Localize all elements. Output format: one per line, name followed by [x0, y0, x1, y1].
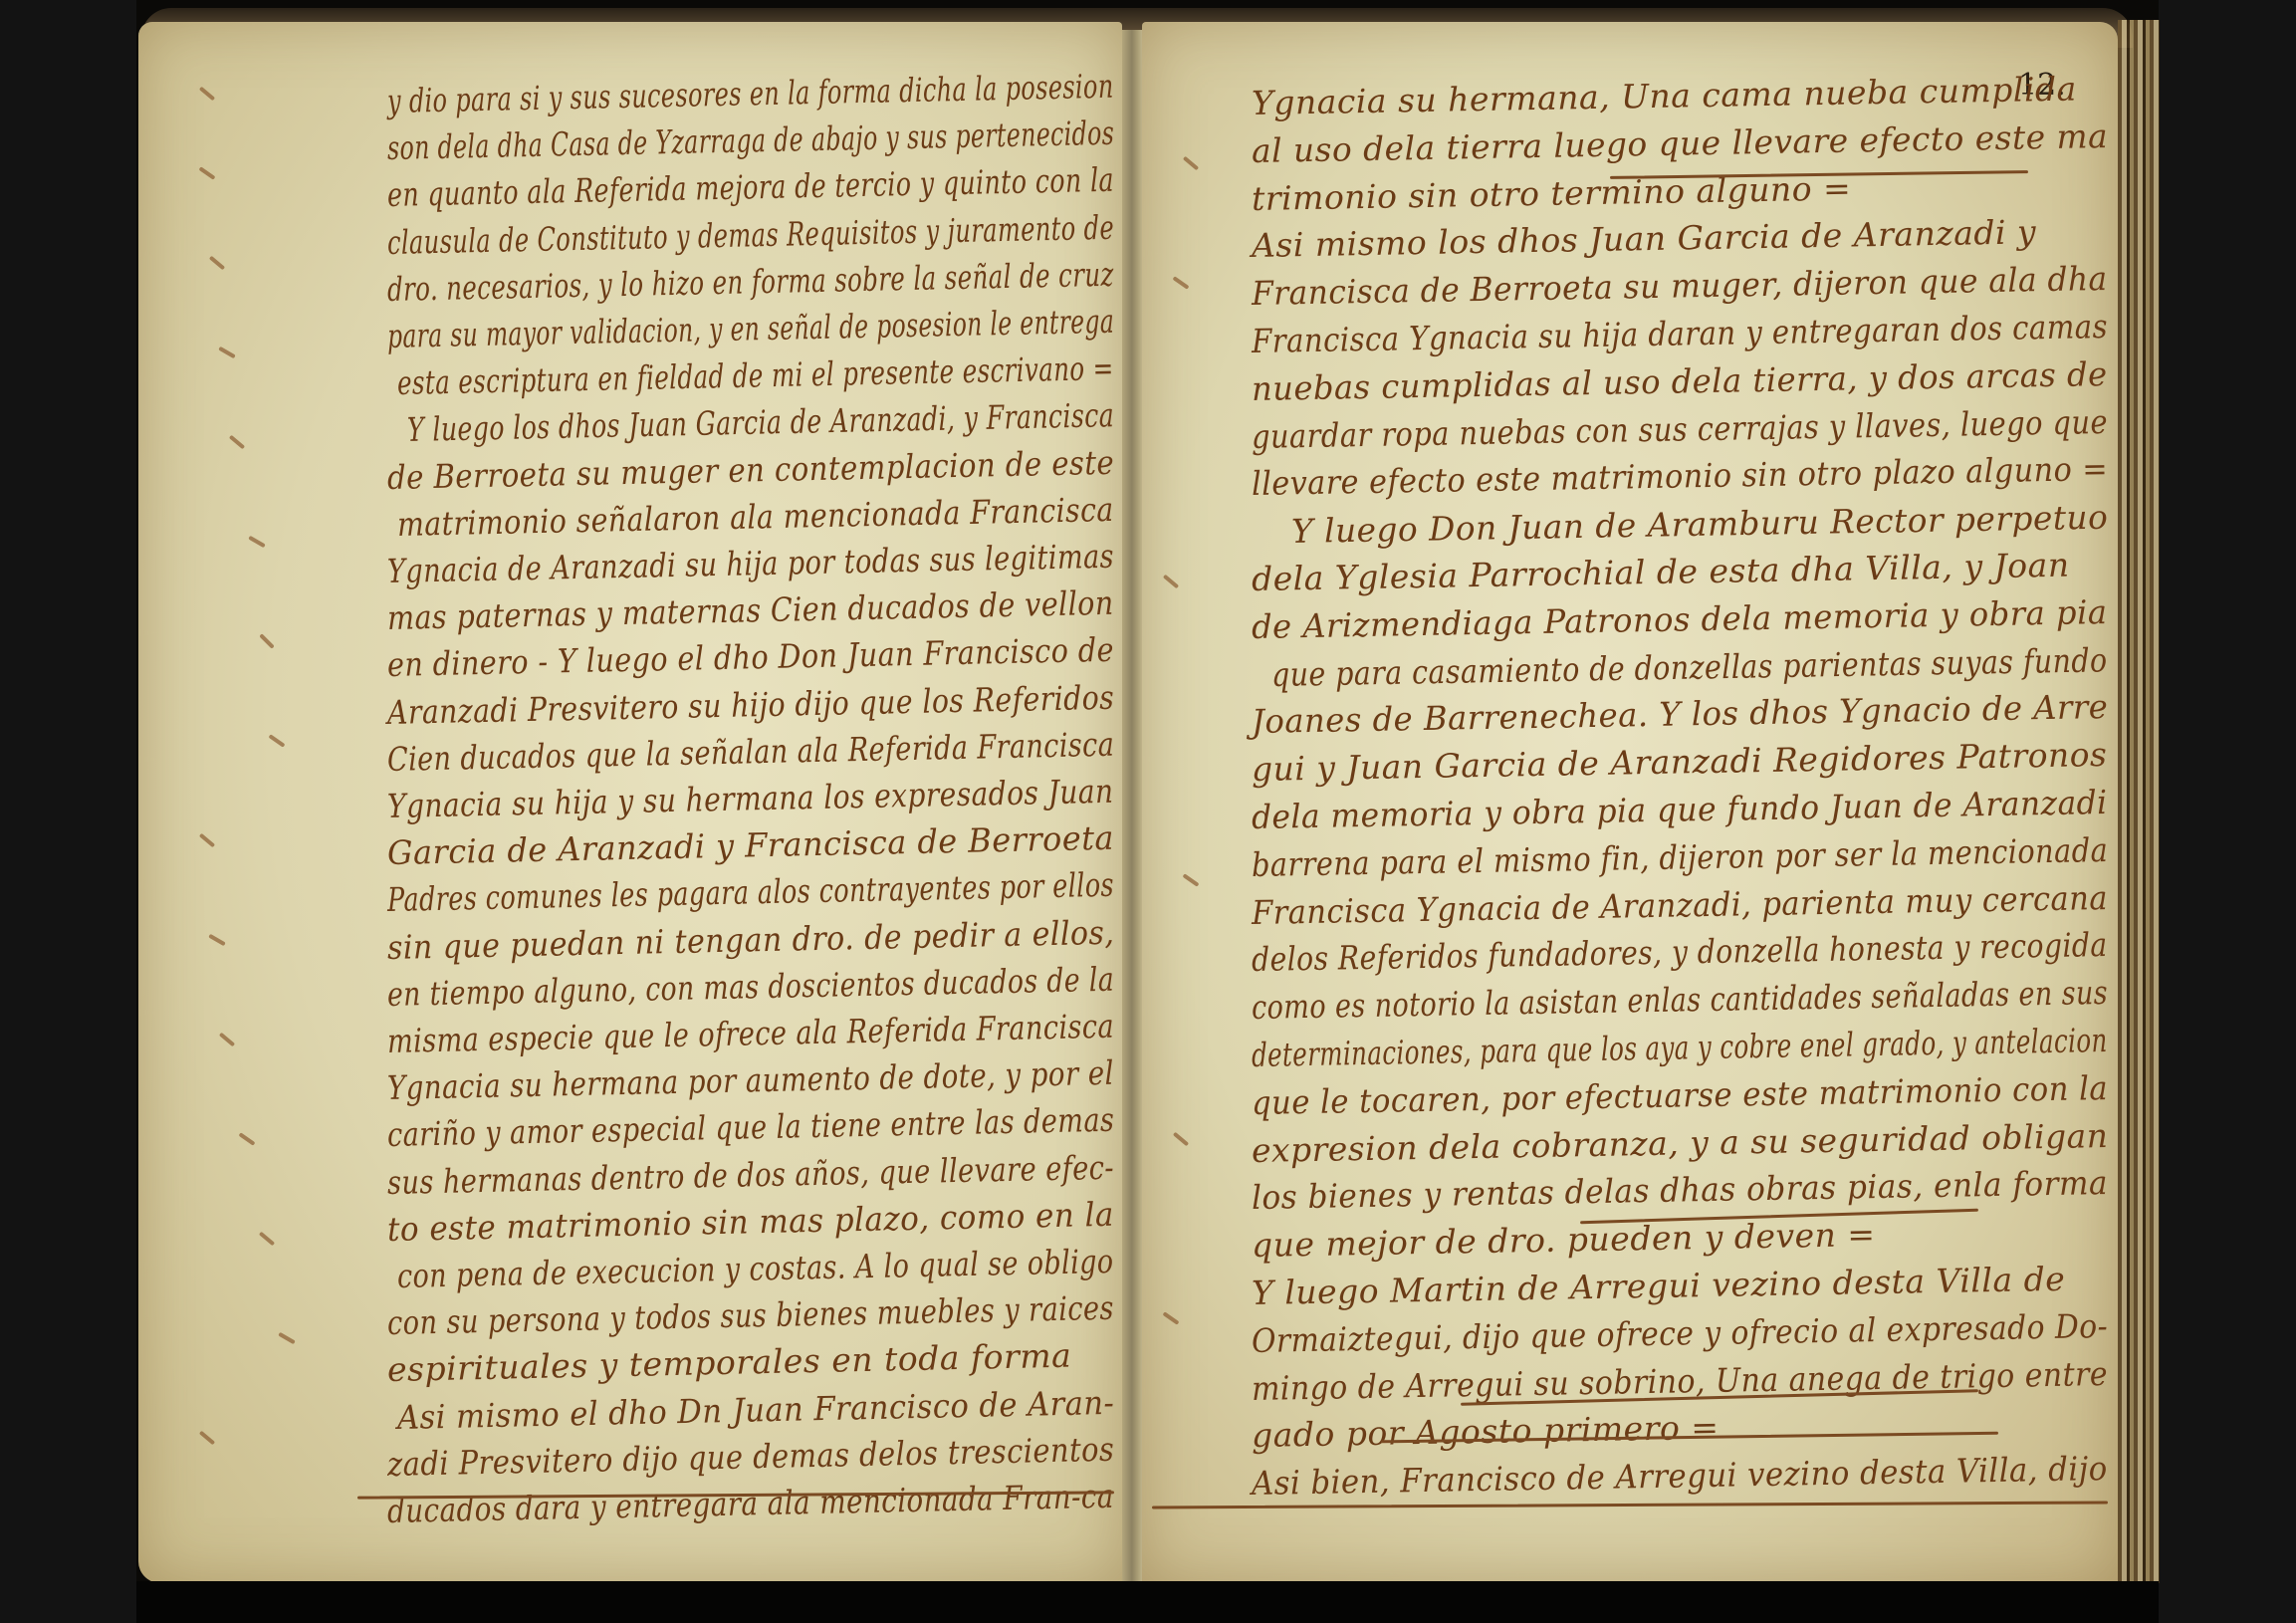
manuscript-line: clausula de Constituto y demas Requisito… — [387, 211, 919, 261]
manuscript-line: Ygnacia su hermana, Una cama nueba cumpl… — [1252, 69, 2109, 122]
margin-ink-mark — [198, 166, 215, 180]
manuscript-line: como es notorio la asistan enlas cantida… — [1252, 976, 1953, 1027]
manuscript-line: mas paternas y maternas Cien ducados de … — [387, 585, 1017, 637]
margin-ink-mark — [268, 734, 285, 748]
ink-rule-line — [1152, 1501, 2108, 1508]
margin-ink-mark — [248, 536, 266, 548]
manuscript-line: Francisca Ygnacia de Aranzadi, parienta … — [1252, 879, 2044, 932]
margin-ink-mark — [199, 833, 215, 848]
manuscript-line: to este matrimonio sin mas plazo, como e… — [387, 1195, 1070, 1248]
manuscript-line: Ygnacia su hija y su hermana los expresa… — [387, 774, 1007, 825]
manuscript-line: sus hermanas dentro de dos años, que lle… — [387, 1150, 989, 1202]
manuscript-line: matrimonio señalaron ala mencionada Fran… — [397, 492, 1014, 544]
margin-ink-mark — [1162, 1311, 1179, 1325]
book-gutter — [1122, 30, 1144, 1583]
manuscript-line: en tiempo alguno, con mas doscientos duc… — [387, 962, 975, 1013]
manuscript-line: de Berroeta su muger en contemplacion de… — [387, 444, 1030, 496]
manuscript-line: misma especie que le ofrece ala Referida… — [387, 1009, 986, 1060]
manuscript-line: Y luego Don Juan de Aramburu Rector perp… — [1291, 498, 2103, 551]
manuscript-line: expresion dela cobranza, y a su segurida… — [1252, 1116, 2106, 1170]
margin-ink-mark — [238, 1132, 255, 1146]
manuscript-line: esta escriptura en fieldad de mi el pres… — [397, 352, 931, 402]
margin-ink-mark — [199, 1431, 215, 1446]
manuscript-line: gado por Agosto primero = — [1252, 1401, 2109, 1455]
margin-ink-mark — [278, 1332, 296, 1344]
manuscript-line: sin que puedan ni tengan dro. de pedir a… — [387, 914, 1048, 967]
manuscript-line: delos Referidos fundadores, y donzella h… — [1252, 928, 1984, 980]
margin-ink-mark — [209, 256, 225, 271]
manuscript-line: en quanto ala Referida mejora de tercio … — [387, 164, 945, 215]
manuscript-line: Padres comunes les pagara alos contrayen… — [387, 869, 950, 920]
manuscript-line: Ormaiztegui, dijo que ofrece y ofrecio a… — [1252, 1307, 2025, 1360]
margin-ink-mark — [1172, 276, 1189, 290]
manuscript-line: con su persona y todos sus bienes mueble… — [387, 1291, 988, 1343]
manuscript-line: Y luego Martin de Arregui vezino desta V… — [1252, 1259, 2109, 1312]
manuscript-line: con pena de execucion y costas. A lo qua… — [397, 1245, 984, 1295]
margin-ink-mark — [259, 1232, 275, 1247]
manuscript-line: que para casamiento de donzellas parient… — [1271, 642, 1993, 694]
manuscript-line: ducados dara y entregara ala mencionada … — [387, 1479, 1000, 1530]
manuscript-scan: y dio para si y sus sucesores en la form… — [136, 0, 2159, 1623]
manuscript-line: Asi mismo el dho Dn Juan Francisco de Ar… — [397, 1384, 1061, 1437]
book-bottom-edge — [136, 1581, 2159, 1623]
manuscript-line: Asi bien, Francisco de Arregui vezino de… — [1252, 1450, 2050, 1503]
manuscript-line: al uso dela tierra luego que llevare efe… — [1252, 116, 2104, 170]
margin-ink-mark — [218, 347, 236, 358]
margin-ink-mark — [1173, 1132, 1189, 1147]
manuscript-line: Cien ducados que la señalan ala Referida… — [387, 727, 984, 779]
margin-ink-mark — [229, 435, 245, 450]
manuscript-line: nuebas cumplidas al uso dela tierra, y d… — [1252, 354, 2086, 408]
manuscript-line: gui y Juan Garcia de Aranzadi Regidores … — [1252, 735, 2107, 789]
manuscript-line: Francisca Ygnacia su hija daran y entreg… — [1252, 309, 2008, 360]
manuscript-line: son dela dha Casa de Yzarraga de abajo y… — [387, 117, 909, 167]
manuscript-line: llevare efecto este matrimonio sin otro … — [1252, 451, 2037, 504]
page-stack-edge — [2118, 20, 2160, 1583]
manuscript-line: que le tocaren, por efectuarse este matr… — [1252, 1069, 2047, 1122]
manuscript-line: barrena para el mismo fin, dijeron por s… — [1252, 832, 1999, 884]
manuscript-line: zadi Presvitero dijo que demas delos tre… — [387, 1431, 1025, 1483]
margin-ink-mark — [259, 633, 275, 649]
margin-ink-mark — [1163, 575, 1179, 589]
manuscript-line: dela memoria y obra pia que fundo Juan d… — [1252, 784, 2063, 836]
manuscript-line: Francisca de Berroeta su muger, dijeron … — [1252, 260, 2063, 313]
manuscript-line: Ygnacia su hermana por aumento de dote, … — [387, 1055, 998, 1107]
manuscript-line: Garcia de Aranzadi y Francisca de Berroe… — [387, 818, 1090, 872]
manuscript-line: espirituales y temporales en toda forma — [387, 1335, 1115, 1389]
margin-ink-mark — [1182, 873, 1199, 887]
manuscript-line: Joanes de Barrenechea. Y los dhos Ygnaci… — [1252, 688, 2088, 742]
left-page: y dio para si y sus sucesores en la form… — [138, 22, 1122, 1583]
manuscript-line: guardar ropa nuebas con sus cerrajas y l… — [1252, 403, 2001, 455]
manuscript-line: Asi mismo los dhos Juan Garcia de Aranza… — [1252, 211, 2109, 265]
manuscript-line: cariño y amor especial que la tiene entr… — [387, 1103, 986, 1155]
manuscript-line: determinaciones, para que los aya y cobr… — [1252, 1025, 1889, 1074]
manuscript-line: en dinero - Y luego el dho Don Juan Fran… — [387, 632, 1018, 684]
manuscript-line: dela Yglesia Parrochial de esta dha Vill… — [1252, 545, 2109, 598]
margin-ink-mark — [208, 934, 226, 946]
manuscript-line: y dio para si y sus sucesores en la form… — [387, 71, 915, 120]
margin-ink-mark — [219, 1033, 235, 1047]
manuscript-line: Aranzadi Presvitero su hijo dijo que los… — [387, 679, 1012, 731]
manuscript-line: de Arizmendiaga Patronos dela memoria y … — [1252, 592, 2086, 646]
margin-ink-mark — [1183, 156, 1199, 171]
manuscript-line: Ygnacia de Aranzadi su hija por todas su… — [387, 539, 986, 590]
margin-ink-mark — [199, 87, 215, 102]
manuscript-line: dro. necesarios, y lo hizo en forma sobr… — [387, 258, 928, 308]
manuscript-line: Y luego los dhos Juan Garcia de Aranzadi… — [407, 399, 948, 449]
right-page: 12. Ygnacia su hermana, Una cama nueba c… — [1142, 22, 2118, 1583]
manuscript-line: para su mayor validacion, y en señal de … — [387, 306, 904, 355]
